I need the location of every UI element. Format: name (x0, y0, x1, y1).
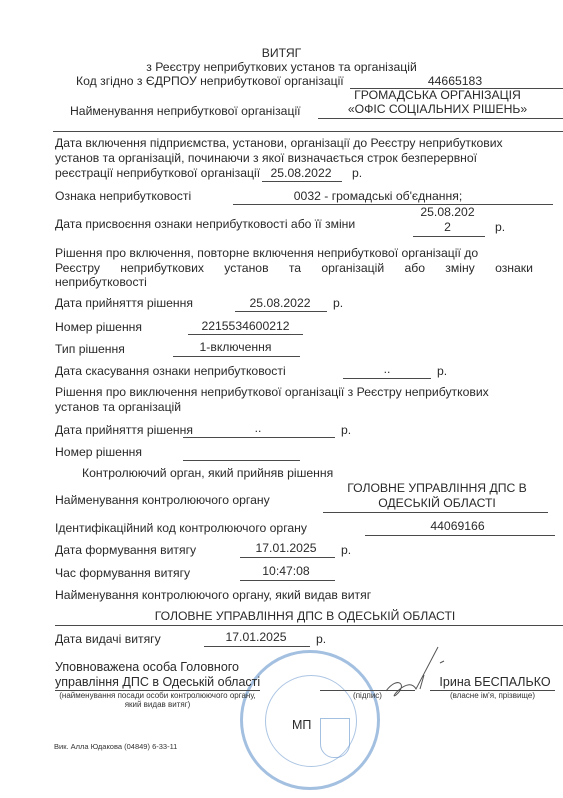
signatory-position-line2: управління ДПС в Одеській області (55, 675, 260, 689)
cancel-label: Дата скасування ознаки неприбутковості (55, 364, 286, 378)
executor-note: Вик. Алла Юдакова (04849) 6-33-11 (54, 742, 177, 751)
issue-date-label: Дата видачі витягу (55, 632, 161, 646)
position-caption-line1: (найменування посади особи контролюючого… (55, 691, 260, 700)
decision-include-line3: неприбутковості (55, 275, 147, 289)
org-name-label: Найменування неприбуткової організації (70, 104, 301, 118)
form-time-underline (240, 580, 335, 581)
inclusion-text-line1: Дата включення підприємства, установи, о… (55, 136, 503, 150)
sign-label: Ознака неприбутковості (55, 189, 191, 203)
issue-date-underline (204, 646, 310, 647)
document-subtitle: з Реєстру неприбуткових установ та орган… (0, 60, 563, 74)
inclusion-date-underline (262, 181, 342, 182)
include-number-label: Номер рішення (55, 320, 142, 334)
assign-suffix: р. (495, 220, 505, 234)
issue-date-suffix: р. (316, 632, 326, 646)
inclusion-suffix: р. (352, 166, 362, 180)
assign-date-part1: 25.08.202 (410, 205, 485, 219)
authority-code-label: Ідентифікаційний код контролюючого орган… (55, 521, 307, 535)
org-name-line2: «ОФІС СОЦІАЛЬНИХ РІШЕНЬ» (315, 102, 560, 116)
assign-date-part2: 2 (410, 220, 485, 234)
word: установ (224, 261, 268, 275)
org-name-line1: ГРОМАДСЬКА ОРГАНІЗАЦІЯ (315, 88, 560, 102)
form-date-label: Дата формування витягу (55, 543, 196, 557)
inclusion-text-line3: реєстрації неприбуткової організації (55, 166, 260, 180)
decision-include-line2: Реєстру неприбуткових установ та організ… (55, 261, 533, 275)
assign-label: Дата присвоєння ознаки неприбутковості а… (55, 217, 355, 231)
edrpou-value: 44665183 (350, 74, 560, 88)
cancel-underline (343, 378, 431, 379)
include-date-label: Дата прийняття рішення (55, 296, 193, 310)
section-divider (53, 131, 563, 132)
sign-underline (233, 204, 553, 205)
exclude-date-suffix: р. (341, 423, 351, 437)
authority-code-value: 44069166 (365, 519, 550, 533)
document-title: ВИТЯГ (0, 46, 563, 60)
org-name-underline (318, 118, 563, 119)
include-type-label: Тип рішення (55, 342, 125, 356)
word: або (404, 261, 425, 275)
form-date-suffix: р. (341, 543, 351, 557)
word: неприбуткових (120, 261, 204, 275)
authority-name-label: Найменування контролюючого органу (55, 493, 270, 507)
seal-label: МП (292, 718, 311, 732)
sign-value: 0032 - громадські об'єднання; (233, 189, 523, 203)
decision-include-line1: Рішення про включення, повторне включенн… (55, 246, 478, 260)
word: Реєстру (55, 261, 100, 275)
position-caption-line2: який видав витяг) (55, 700, 260, 709)
authority-heading: Контролюючий орган, який прийняв рішення (82, 466, 333, 480)
signature-caption: (підпис) (320, 691, 415, 700)
exclude-date-value: .. (183, 421, 333, 435)
form-date-underline (240, 557, 335, 558)
issuer-label: Найменування контролюючого органу, який … (55, 588, 371, 602)
signatory-name: Ірина БЕСПАЛЬКО (425, 675, 563, 689)
include-date-underline (235, 311, 327, 312)
decision-exclude-line1: Рішення про виключення неприбуткової орг… (55, 385, 489, 399)
trident-emblem-icon (320, 718, 350, 758)
word: організацій (321, 261, 384, 275)
exclude-number-label: Номер рішення (55, 445, 142, 459)
edrpou-label: Код згідно з ЄДРПОУ неприбуткової органі… (76, 74, 344, 88)
word: зміну (445, 261, 475, 275)
form-date-value: 17.01.2025 (240, 541, 332, 555)
authority-name-line2: ОДЕСЬКІЙ ОБЛАСТІ (322, 496, 552, 510)
word: та (289, 261, 301, 275)
name-caption: (власне ім'я, прізвище) (425, 691, 560, 700)
decision-exclude-line2: установ та організацій (55, 400, 181, 414)
issuer-underline (55, 625, 563, 626)
cancel-suffix: р. (437, 364, 447, 378)
include-number-underline (188, 334, 303, 335)
word: ознаки (495, 261, 533, 275)
authority-name-underline (323, 512, 548, 513)
include-number-value: 2215534600212 (188, 319, 303, 333)
signatory-position-line1: Уповноважена особа Головного (55, 660, 239, 674)
include-type-value: 1-включення (173, 340, 298, 354)
inclusion-text-line2: установ та організацій, починаючи з якої… (55, 151, 477, 165)
exclude-date-underline (183, 437, 335, 438)
form-time-value: 10:47:08 (240, 564, 332, 578)
include-type-underline (173, 356, 300, 357)
authority-name-line1: ГОЛОВНЕ УПРАВЛІННЯ ДПС В (322, 481, 552, 495)
include-date-suffix: р. (333, 296, 343, 310)
authority-code-underline (365, 535, 555, 536)
form-time-label: Час формування витягу (55, 566, 190, 580)
inclusion-date: 25.08.2022 (262, 166, 340, 180)
include-date-value: 25.08.2022 (235, 296, 325, 310)
cancel-value: .. (343, 362, 431, 376)
exclude-date-label: Дата прийняття рішення (55, 423, 193, 437)
issue-date-value: 17.01.2025 (204, 630, 308, 644)
exclude-number-underline (183, 460, 300, 461)
issuer-value: ГОЛОВНЕ УПРАВЛІННЯ ДПС В ОДЕСЬКІЙ ОБЛАСТ… (55, 609, 555, 623)
assign-date-underline (413, 236, 485, 237)
